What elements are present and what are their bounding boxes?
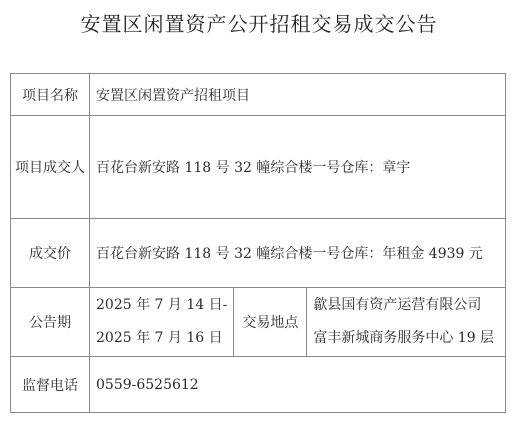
phone-label: 监督电话 — [11, 357, 90, 413]
price-value: 百花台新安路 118 号 32 幢综合楼一号仓库：年租金 4939 元 — [90, 219, 506, 288]
page-title: 安置区闲置资产公开招租交易成交公告 — [0, 8, 518, 37]
price-label: 成交价 — [11, 219, 90, 288]
location-value: 歙县国有资产运营有限公司 富丰新城商务服务中心 19 层 — [307, 288, 506, 357]
location-label: 交易地点 — [234, 288, 307, 357]
winner-value: 百花台新安路 118 号 32 幢综合楼一号仓库：章宇 — [90, 116, 506, 219]
location-line2: 富丰新城商务服务中心 19 层 — [313, 322, 499, 355]
row-winner: 项目成交人 百花台新安路 118 号 32 幢综合楼一号仓库：章宇 — [11, 116, 506, 219]
row-phone: 监督电话 0559-6525612 — [11, 357, 506, 413]
period-label: 公告期 — [11, 288, 90, 357]
row-project-name: 项目名称 安置区闲置资产招租项目 — [11, 74, 506, 116]
row-price: 成交价 百花台新安路 118 号 32 幢综合楼一号仓库：年租金 4939 元 — [11, 219, 506, 288]
period-value: 2025 年 7 月 14 日- 2025 年 7 月 16 日 — [90, 288, 234, 357]
phone-value: 0559-6525612 — [90, 357, 506, 413]
announcement-table: 项目名称 安置区闲置资产招租项目 项目成交人 百花台新安路 118 号 32 幢… — [10, 73, 506, 413]
location-line1: 歙县国有资产运营有限公司 — [313, 289, 499, 322]
project-name-label: 项目名称 — [11, 74, 90, 116]
period-start: 2025 年 7 月 14 日- — [96, 289, 227, 322]
row-period: 公告期 2025 年 7 月 14 日- 2025 年 7 月 16 日 交易地… — [11, 288, 506, 357]
project-name-value: 安置区闲置资产招租项目 — [90, 74, 506, 116]
winner-label: 项目成交人 — [11, 116, 90, 219]
period-end: 2025 年 7 月 16 日 — [96, 322, 227, 355]
